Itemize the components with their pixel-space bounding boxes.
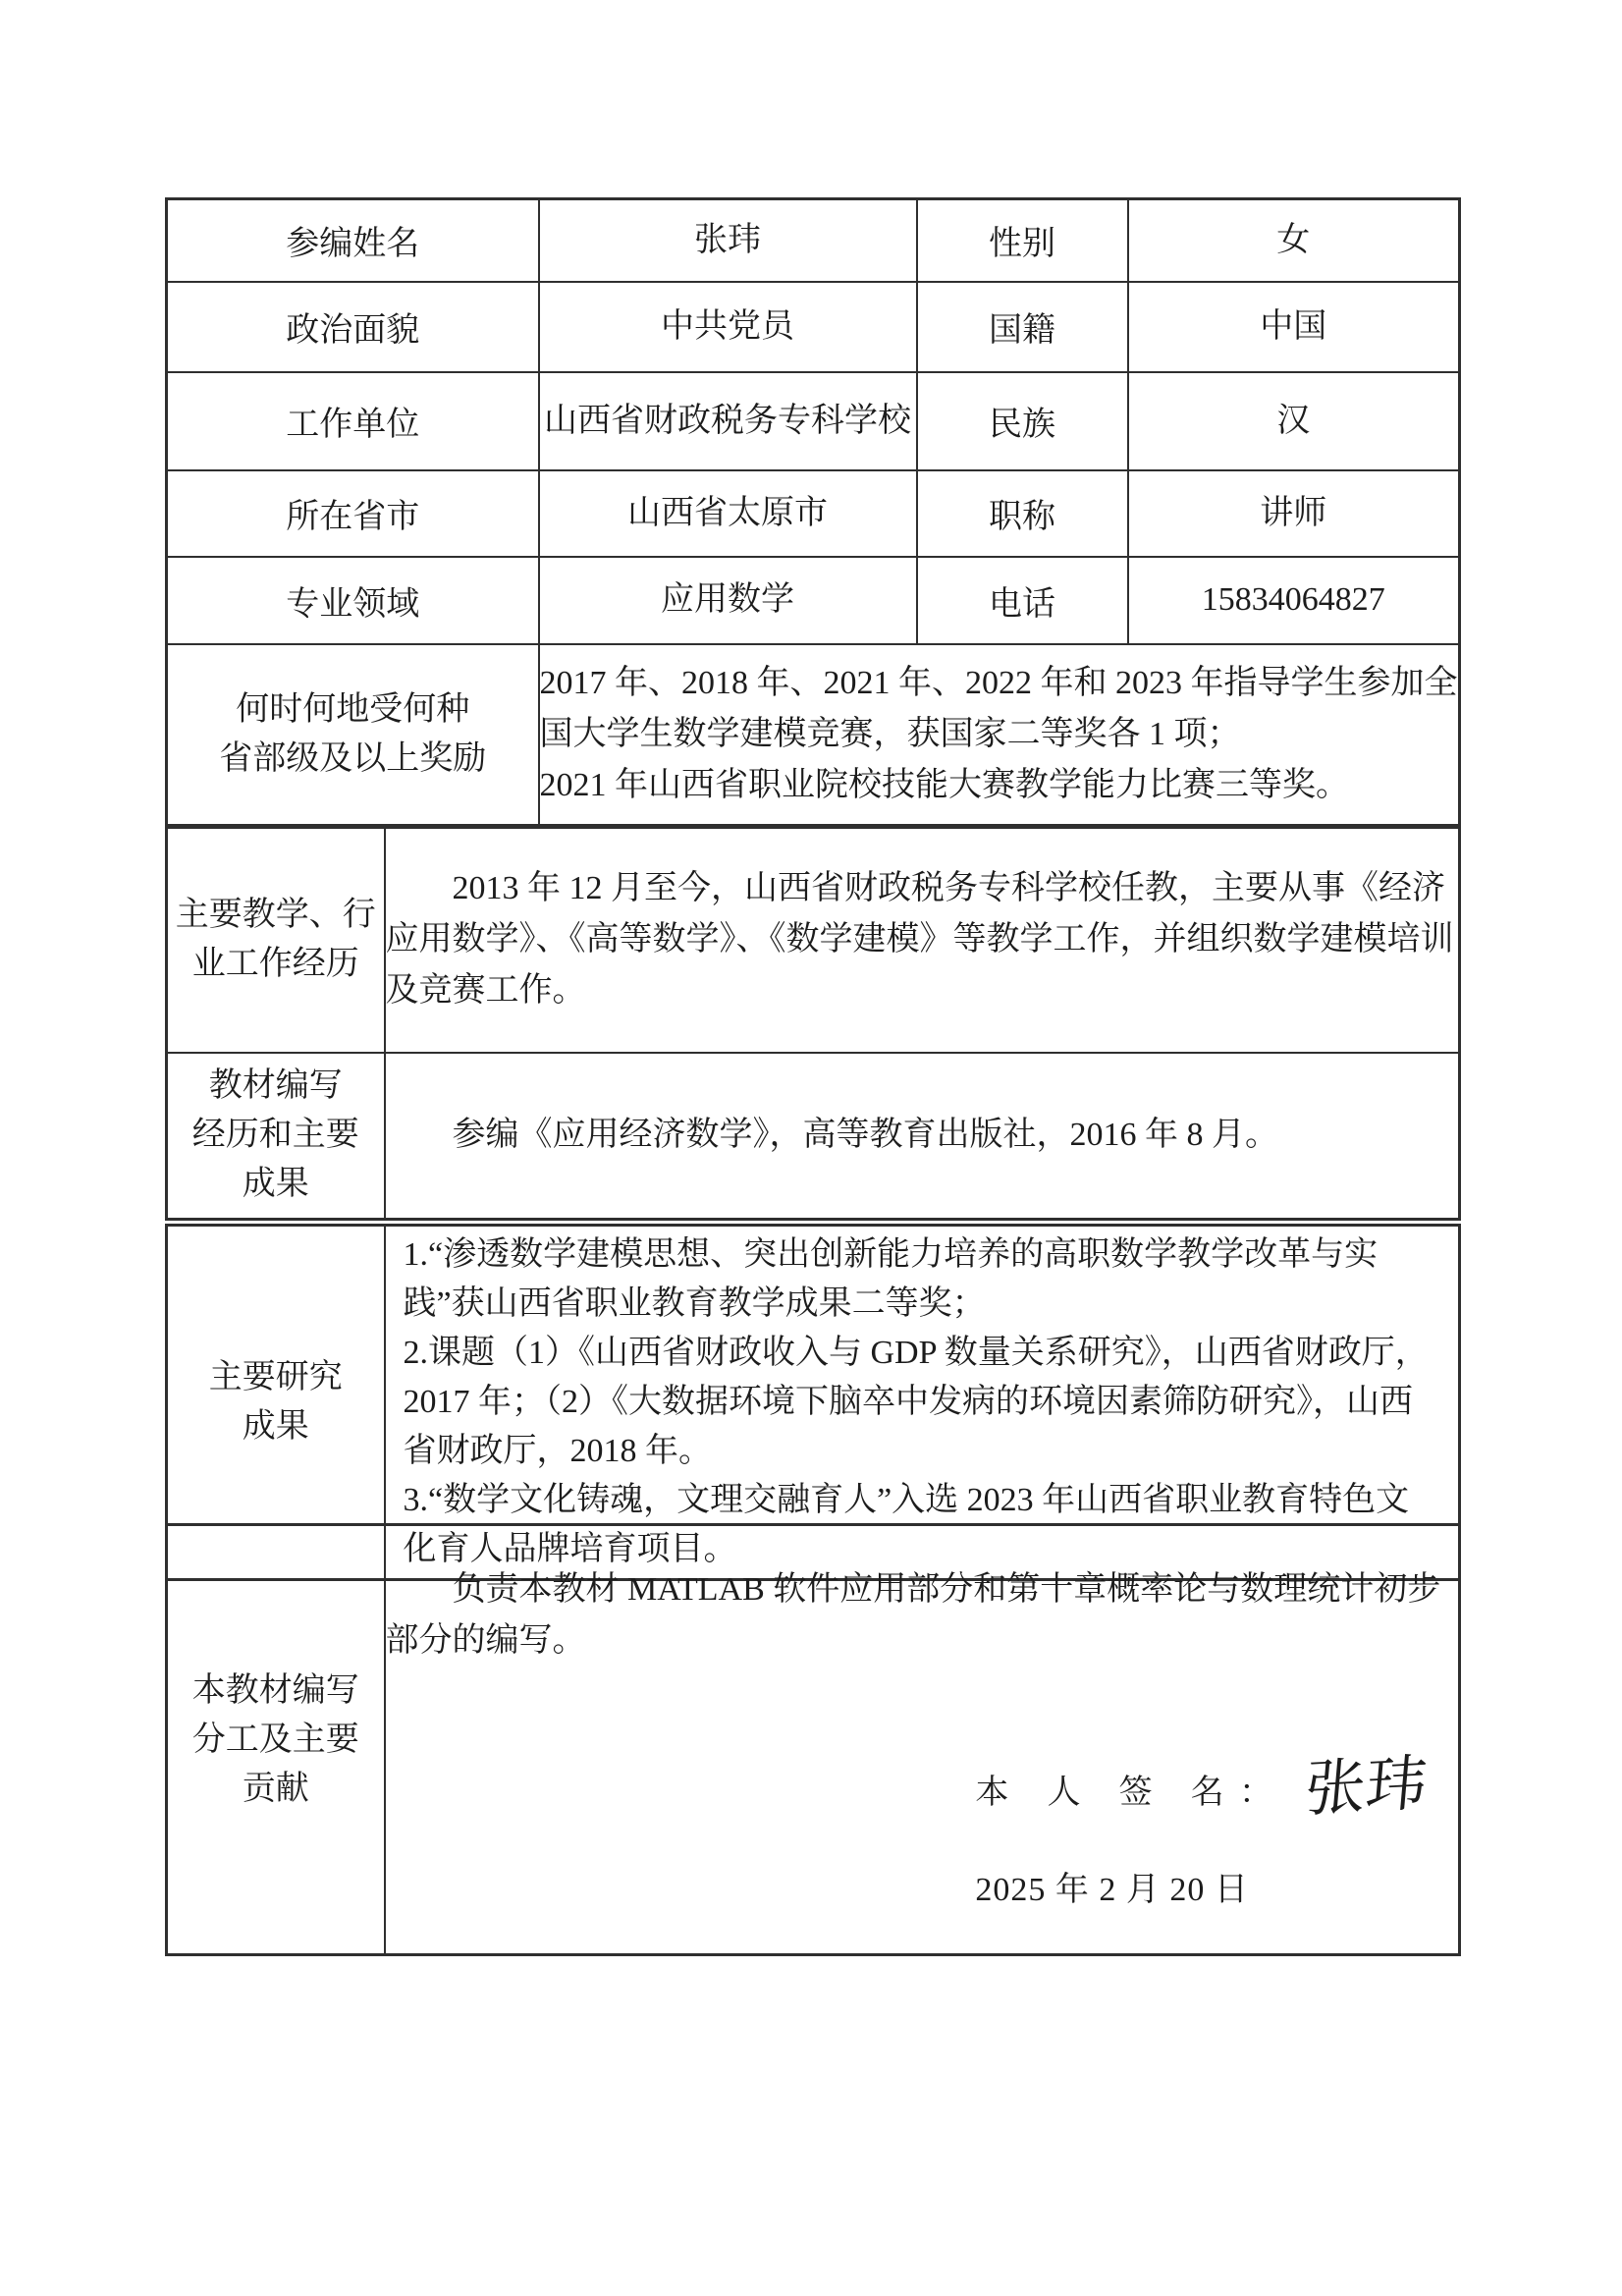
value-professional-title: 讲师 — [1128, 470, 1460, 557]
label-gender: 性别 — [917, 199, 1128, 282]
label-political-status: 政治面貌 — [167, 282, 539, 372]
label-textbook-experience: 教材编写 经历和主要 成果 — [167, 1053, 385, 1220]
contribution-row: 本教材编写 分工及主要 贡献 负责本教材 MATLAB 软件应用部分和第十章概率… — [167, 1525, 1460, 1955]
signature-row: 本 人 签 名： 张玮 — [975, 1757, 1458, 1830]
awards-content: 2017 年、2018 年、2021 年、2022 年和 2023 年指导学生参… — [539, 644, 1460, 826]
textbook-paragraph: 参编《应用经济数学》，高等教育出版社，2016 年 8 月。 — [386, 1110, 1459, 1161]
label-specialty-field: 专业领域 — [167, 557, 539, 644]
label-research-line2: 成果 — [168, 1402, 384, 1451]
label-contribution-line1: 本教材编写 — [168, 1667, 384, 1716]
teaching-history-content: 2013 年 12 月至今，山西省财政税务专科学校任教，主要从事《经济应用数学》… — [385, 828, 1460, 1053]
basic-info-table: 参编姓名 张玮 性别 女 政治面貌 中共党员 国籍 中国 工作单位 山西省财政税… — [165, 197, 1461, 827]
award-item: 2021 年山西省职业院校技能大赛教学能力比赛三等奖。 — [540, 760, 1459, 811]
handwritten-signature: 张玮 — [1303, 1753, 1430, 1821]
experience-table: 主要教学、行 业工作经历 2013 年 12 月至今，山西省财政税务专科学校任教… — [165, 826, 1461, 1221]
table-row: 参编姓名 张玮 性别 女 — [167, 199, 1460, 282]
research-item: 1.“渗透数学建模思想、突出创新能力培养的高职数学教学改革与实践”获山西省职业教… — [404, 1230, 1441, 1329]
contribution-content: 负责本教材 MATLAB 软件应用部分和第十章概率论与数理统计初步部分的编写。 … — [385, 1525, 1460, 1955]
signature-block: 本 人 签 名： 张玮 2025 年 2 月 20 日 — [975, 1757, 1458, 1916]
value-specialty-field: 应用数学 — [539, 557, 917, 644]
table-row: 专业领域 应用数学 电话 15834064827 — [167, 557, 1460, 644]
label-textbook-line1: 教材编写 — [168, 1062, 384, 1111]
duty-paragraph: 负责本教材 MATLAB 软件应用部分和第十章概率论与数理统计初步部分的编写。 — [386, 1564, 1459, 1667]
label-contribution-line2: 分工及主要 — [168, 1716, 384, 1765]
label-contribution: 本教材编写 分工及主要 贡献 — [167, 1525, 385, 1955]
awards-row: 何时何地受何种 省部级及以上奖励 2017 年、2018 年、2021 年、20… — [167, 644, 1460, 826]
document-page: 参编姓名 张玮 性别 女 政治面貌 中共党员 国籍 中国 工作单位 山西省财政税… — [0, 0, 1622, 2296]
textbook-experience-content: 参编《应用经济数学》，高等教育出版社，2016 年 8 月。 — [385, 1053, 1460, 1220]
teaching-paragraph: 2013 年 12 月至今，山西省财政税务专科学校任教，主要从事《经济应用数学》… — [386, 863, 1459, 1016]
label-contribution-line3: 贡献 — [168, 1765, 384, 1814]
label-nationality: 国籍 — [917, 282, 1128, 372]
label-textbook-line2: 经历和主要 — [168, 1111, 384, 1160]
label-teaching-line2: 业工作经历 — [168, 940, 384, 989]
table-row: 工作单位 山西省财政税务专科学校 民族 汉 — [167, 372, 1460, 470]
award-item: 2017 年、2018 年、2021 年、2022 年和 2023 年指导学生参… — [540, 658, 1459, 760]
table-row: 政治面貌 中共党员 国籍 中国 — [167, 282, 1460, 372]
label-awards-line1: 何时何地受何种 — [168, 685, 538, 735]
label-professional-title: 职称 — [917, 470, 1128, 557]
value-political-status: 中共党员 — [539, 282, 917, 372]
textbook-experience-row: 教材编写 经历和主要 成果 参编《应用经济数学》，高等教育出版社，2016 年 … — [167, 1053, 1460, 1220]
signature-date: 2025 年 2 月 20 日 — [975, 1865, 1458, 1916]
signature-label: 本 人 签 名： — [975, 1768, 1287, 1819]
value-phone: 15834064827 — [1128, 557, 1460, 644]
label-province-city: 所在省市 — [167, 470, 539, 557]
label-contributor-name: 参编姓名 — [167, 199, 539, 282]
table-row: 所在省市 山西省太原市 职称 讲师 — [167, 470, 1460, 557]
label-ethnicity: 民族 — [917, 372, 1128, 470]
label-phone: 电话 — [917, 557, 1128, 644]
label-teaching-line1: 主要教学、行 — [168, 891, 384, 940]
value-work-unit: 山西省财政税务专科学校 — [539, 372, 917, 470]
value-contributor-name: 张玮 — [539, 199, 917, 282]
teaching-history-row: 主要教学、行 业工作经历 2013 年 12 月至今，山西省财政税务专科学校任教… — [167, 828, 1460, 1053]
label-awards-line2: 省部级及以上奖励 — [168, 735, 538, 784]
contribution-table: 本教材编写 分工及主要 贡献 负责本教材 MATLAB 软件应用部分和第十章概率… — [165, 1523, 1461, 1956]
label-awards: 何时何地受何种 省部级及以上奖励 — [167, 644, 539, 826]
research-item: 2.课题（1）《山西省财政收入与 GDP 数量关系研究》，山西省财政厅，2017… — [404, 1329, 1441, 1476]
label-textbook-line3: 成果 — [168, 1160, 384, 1209]
value-ethnicity: 汉 — [1128, 372, 1460, 470]
label-research-line1: 主要研究 — [168, 1353, 384, 1402]
value-province-city: 山西省太原市 — [539, 470, 917, 557]
value-gender: 女 — [1128, 199, 1460, 282]
label-work-unit: 工作单位 — [167, 372, 539, 470]
value-nationality: 中国 — [1128, 282, 1460, 372]
label-teaching-history: 主要教学、行 业工作经历 — [167, 828, 385, 1053]
